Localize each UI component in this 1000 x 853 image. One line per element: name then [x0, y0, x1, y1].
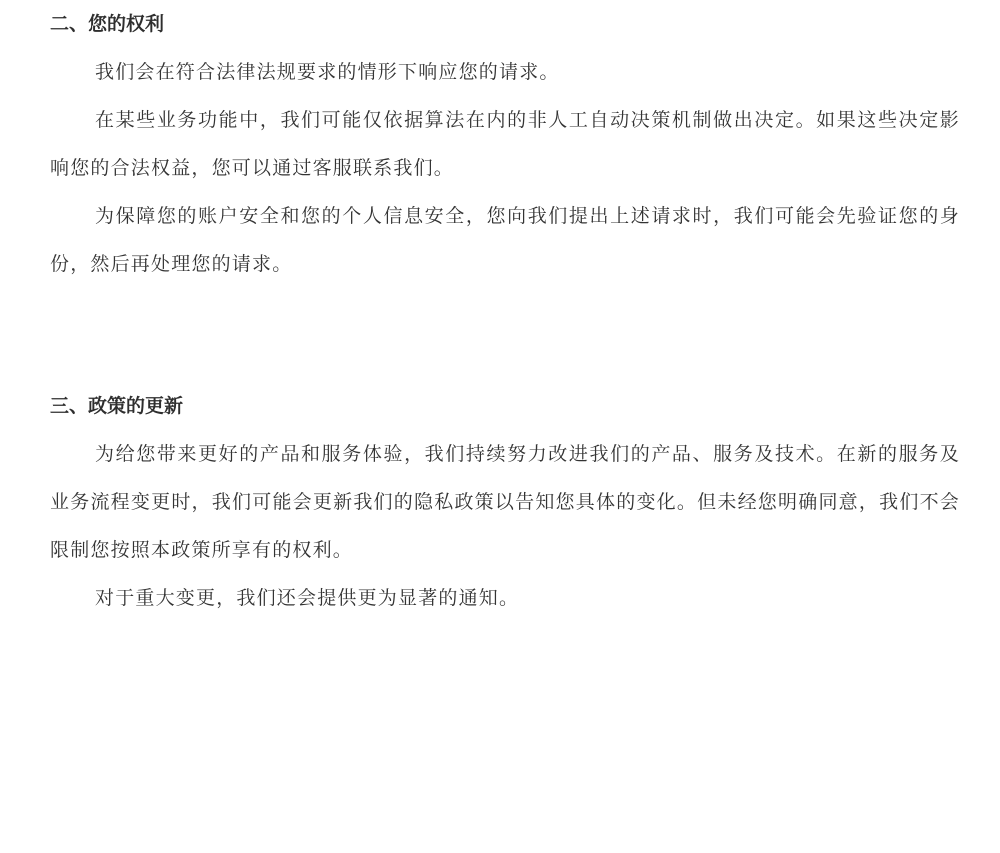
section-title: 二、您的权利: [50, 0, 960, 48]
paragraph: 在某些业务功能中，我们可能仅依据算法在内的非人工自动决策机制做出决定。如果这些决…: [50, 96, 960, 192]
paragraph: 我们会在符合法律法规要求的情形下响应您的请求。: [50, 48, 960, 96]
section-your-rights: 二、您的权利 我们会在符合法律法规要求的情形下响应您的请求。 在某些业务功能中，…: [50, 0, 960, 288]
paragraph: 为保障您的账户安全和您的个人信息安全，您向我们提出上述请求时，我们可能会先验证您…: [50, 192, 960, 288]
paragraph: 对于重大变更，我们还会提供更为显著的通知。: [50, 574, 960, 622]
paragraph: 为给您带来更好的产品和服务体验，我们持续努力改进我们的产品、服务及技术。在新的服…: [50, 430, 960, 574]
section-title: 三、政策的更新: [50, 382, 960, 430]
section-policy-updates: 三、政策的更新 为给您带来更好的产品和服务体验，我们持续努力改进我们的产品、服务…: [50, 382, 960, 622]
